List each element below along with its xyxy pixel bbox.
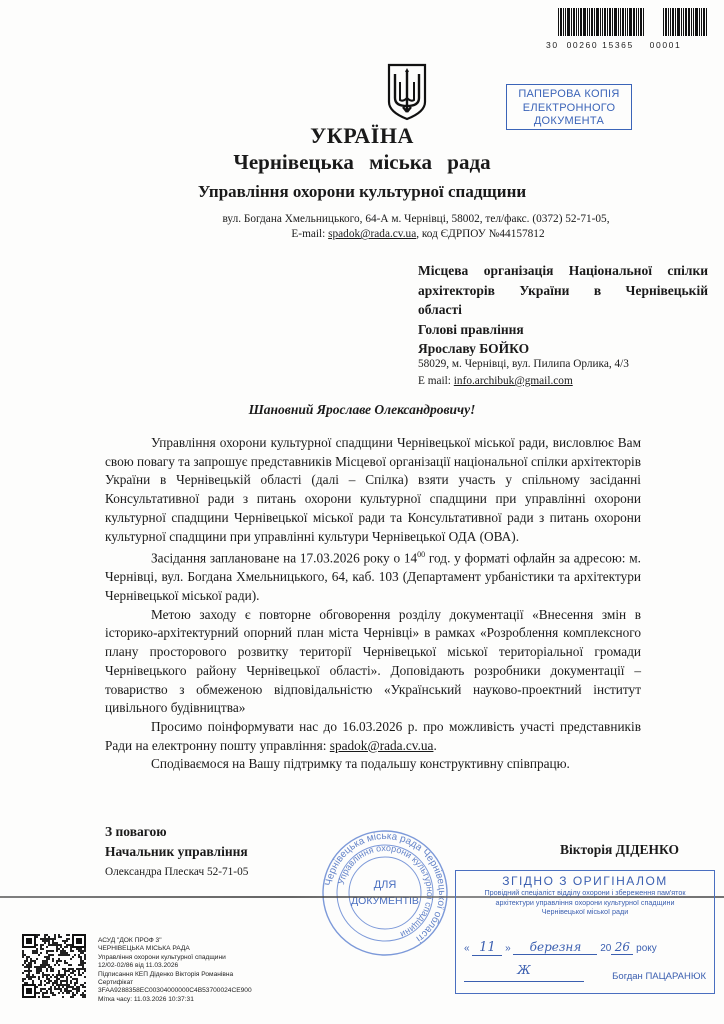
executor: Олександра Плескач 52-71-05 <box>105 866 248 878</box>
letter-body: Управління охорони культурної спадщини Ч… <box>105 434 641 774</box>
barcode <box>558 8 716 40</box>
email-label: E mail: <box>418 375 454 387</box>
handwritten-signature: Ж <box>464 963 584 982</box>
esign-line: Підписання КЕП Діденко Вікторія Романівн… <box>98 971 252 979</box>
esign-line: ЧЕРНІВЕЦЬКА МІСЬКА РАДА <box>98 945 252 953</box>
text: . <box>433 738 436 753</box>
sender-email-link[interactable]: spadok@rada.cv.ua <box>328 228 416 240</box>
department-title: Управління охорони культурної спадщини <box>0 182 724 202</box>
paragraph: Засідання заплановане на 17.03.2026 року… <box>105 546 641 606</box>
copy-stamp-line: архітектури управління охорони культурно… <box>456 898 714 908</box>
recipient-line: області <box>418 300 708 320</box>
round-seal-stamp: Чернівецька міська рада Чернівецької обл… <box>320 828 450 958</box>
copy-stamp-line: Чернівецької міської ради <box>456 907 714 917</box>
recipient-position: Голові правління <box>418 320 708 340</box>
recipient-email-link[interactable]: info.archibuk@gmail.com <box>454 375 573 387</box>
certifier-name: Богдан ПАЦАРАНЮК <box>612 971 706 982</box>
esign-line: Мітка часу: 11.03.2026 10:37:31 <box>98 996 252 1004</box>
recipient-address: 58029, м. Чернівці, вул. Пилипа Орлика, … <box>418 356 629 373</box>
copy-stamp-title: ЗГІДНО З ОРИГІНАЛОМ <box>456 874 714 888</box>
sender-address: вул. Богдана Хмельницького, 64-А м. Черн… <box>0 213 724 225</box>
closing-block: З повагою Начальник управління <box>105 822 248 862</box>
year-word: року <box>636 943 657 954</box>
paragraph: Просимо поінформувати нас до 16.03.2026 … <box>105 718 641 755</box>
esign-line: Сертифікат <box>98 979 252 987</box>
salutation: Шановний Ярославе Олександровичу! <box>0 402 724 418</box>
esign-line: Управління охорони культурної спадщини <box>98 954 252 962</box>
copy-stamp-date: « 11 » березня 2026 року <box>464 940 710 956</box>
recipient-address-block: 58029, м. Чернівці, вул. Пилипа Орлика, … <box>418 356 629 390</box>
council-title: Чернівецька міська рада <box>0 150 724 175</box>
stamp-line: ПАПЕРОВА КОПІЯ <box>507 88 631 102</box>
certified-copy-stamp: ЗГІДНО З ОРИГІНАЛОМ Провідний спеціаліст… <box>455 870 715 994</box>
year-prefix: 20 <box>600 943 611 954</box>
recipient-line: архітекторів України в Чернівецькій <box>418 281 708 301</box>
country-title: УКРАЇНА <box>0 123 724 149</box>
esign-line: 12/02-02/86 від 11.03.2026 <box>98 962 252 970</box>
signer-position: Начальник управління <box>105 842 248 862</box>
copy-stamp-line: Провідний спеціаліст відділу охорони і з… <box>456 888 714 898</box>
recipient-block: Місцева організація Національної спілки … <box>418 261 708 359</box>
time-superscript: 00 <box>417 550 425 559</box>
text: Засідання заплановане на 17.03.2026 року… <box>151 551 417 566</box>
coat-of-arms-icon <box>386 62 428 122</box>
edrpou-code: , код ЄДРПОУ №44157812 <box>416 228 544 240</box>
recipient-line: Місцева організація Національної спілки <box>418 261 708 281</box>
sender-contacts: E-mail: spadok@rada.cv.ua, код ЄДРПОУ №4… <box>0 228 724 240</box>
barcode-number: 30 00260 15365 00001 <box>546 40 681 50</box>
stamp-month: березня <box>513 940 597 955</box>
qr-code <box>22 934 86 998</box>
paragraph: Метою заходу є повторне обговорення розд… <box>105 606 641 718</box>
regards: З повагою <box>105 822 248 842</box>
electronic-signature-info: АСУД "ДОК ПРОФ 3" ЧЕРНІВЕЦЬКА МІСЬКА РАД… <box>98 937 252 1004</box>
email-label: E-mail: <box>291 228 328 240</box>
stamp-year: 26 <box>611 940 633 955</box>
esign-line: АСУД "ДОК ПРОФ 3" <box>98 937 252 945</box>
paragraph: Сподіваємося на Вашу підтримку та подаль… <box>105 755 641 774</box>
esign-line: 3FAA9288358EC00304000000C4B53700024CE900 <box>98 987 252 995</box>
stamp-line: ЕЛЕКТРОННОГО <box>507 102 631 116</box>
stamp-day: 11 <box>472 940 502 956</box>
paragraph: Управління охорони культурної спадщини Ч… <box>105 434 641 546</box>
reply-email-link[interactable]: spadok@rada.cv.ua <box>330 738 434 753</box>
svg-text:ДЛЯ: ДЛЯ <box>374 879 397 891</box>
signer-name: Вікторія ДІДЕНКО <box>560 842 679 858</box>
